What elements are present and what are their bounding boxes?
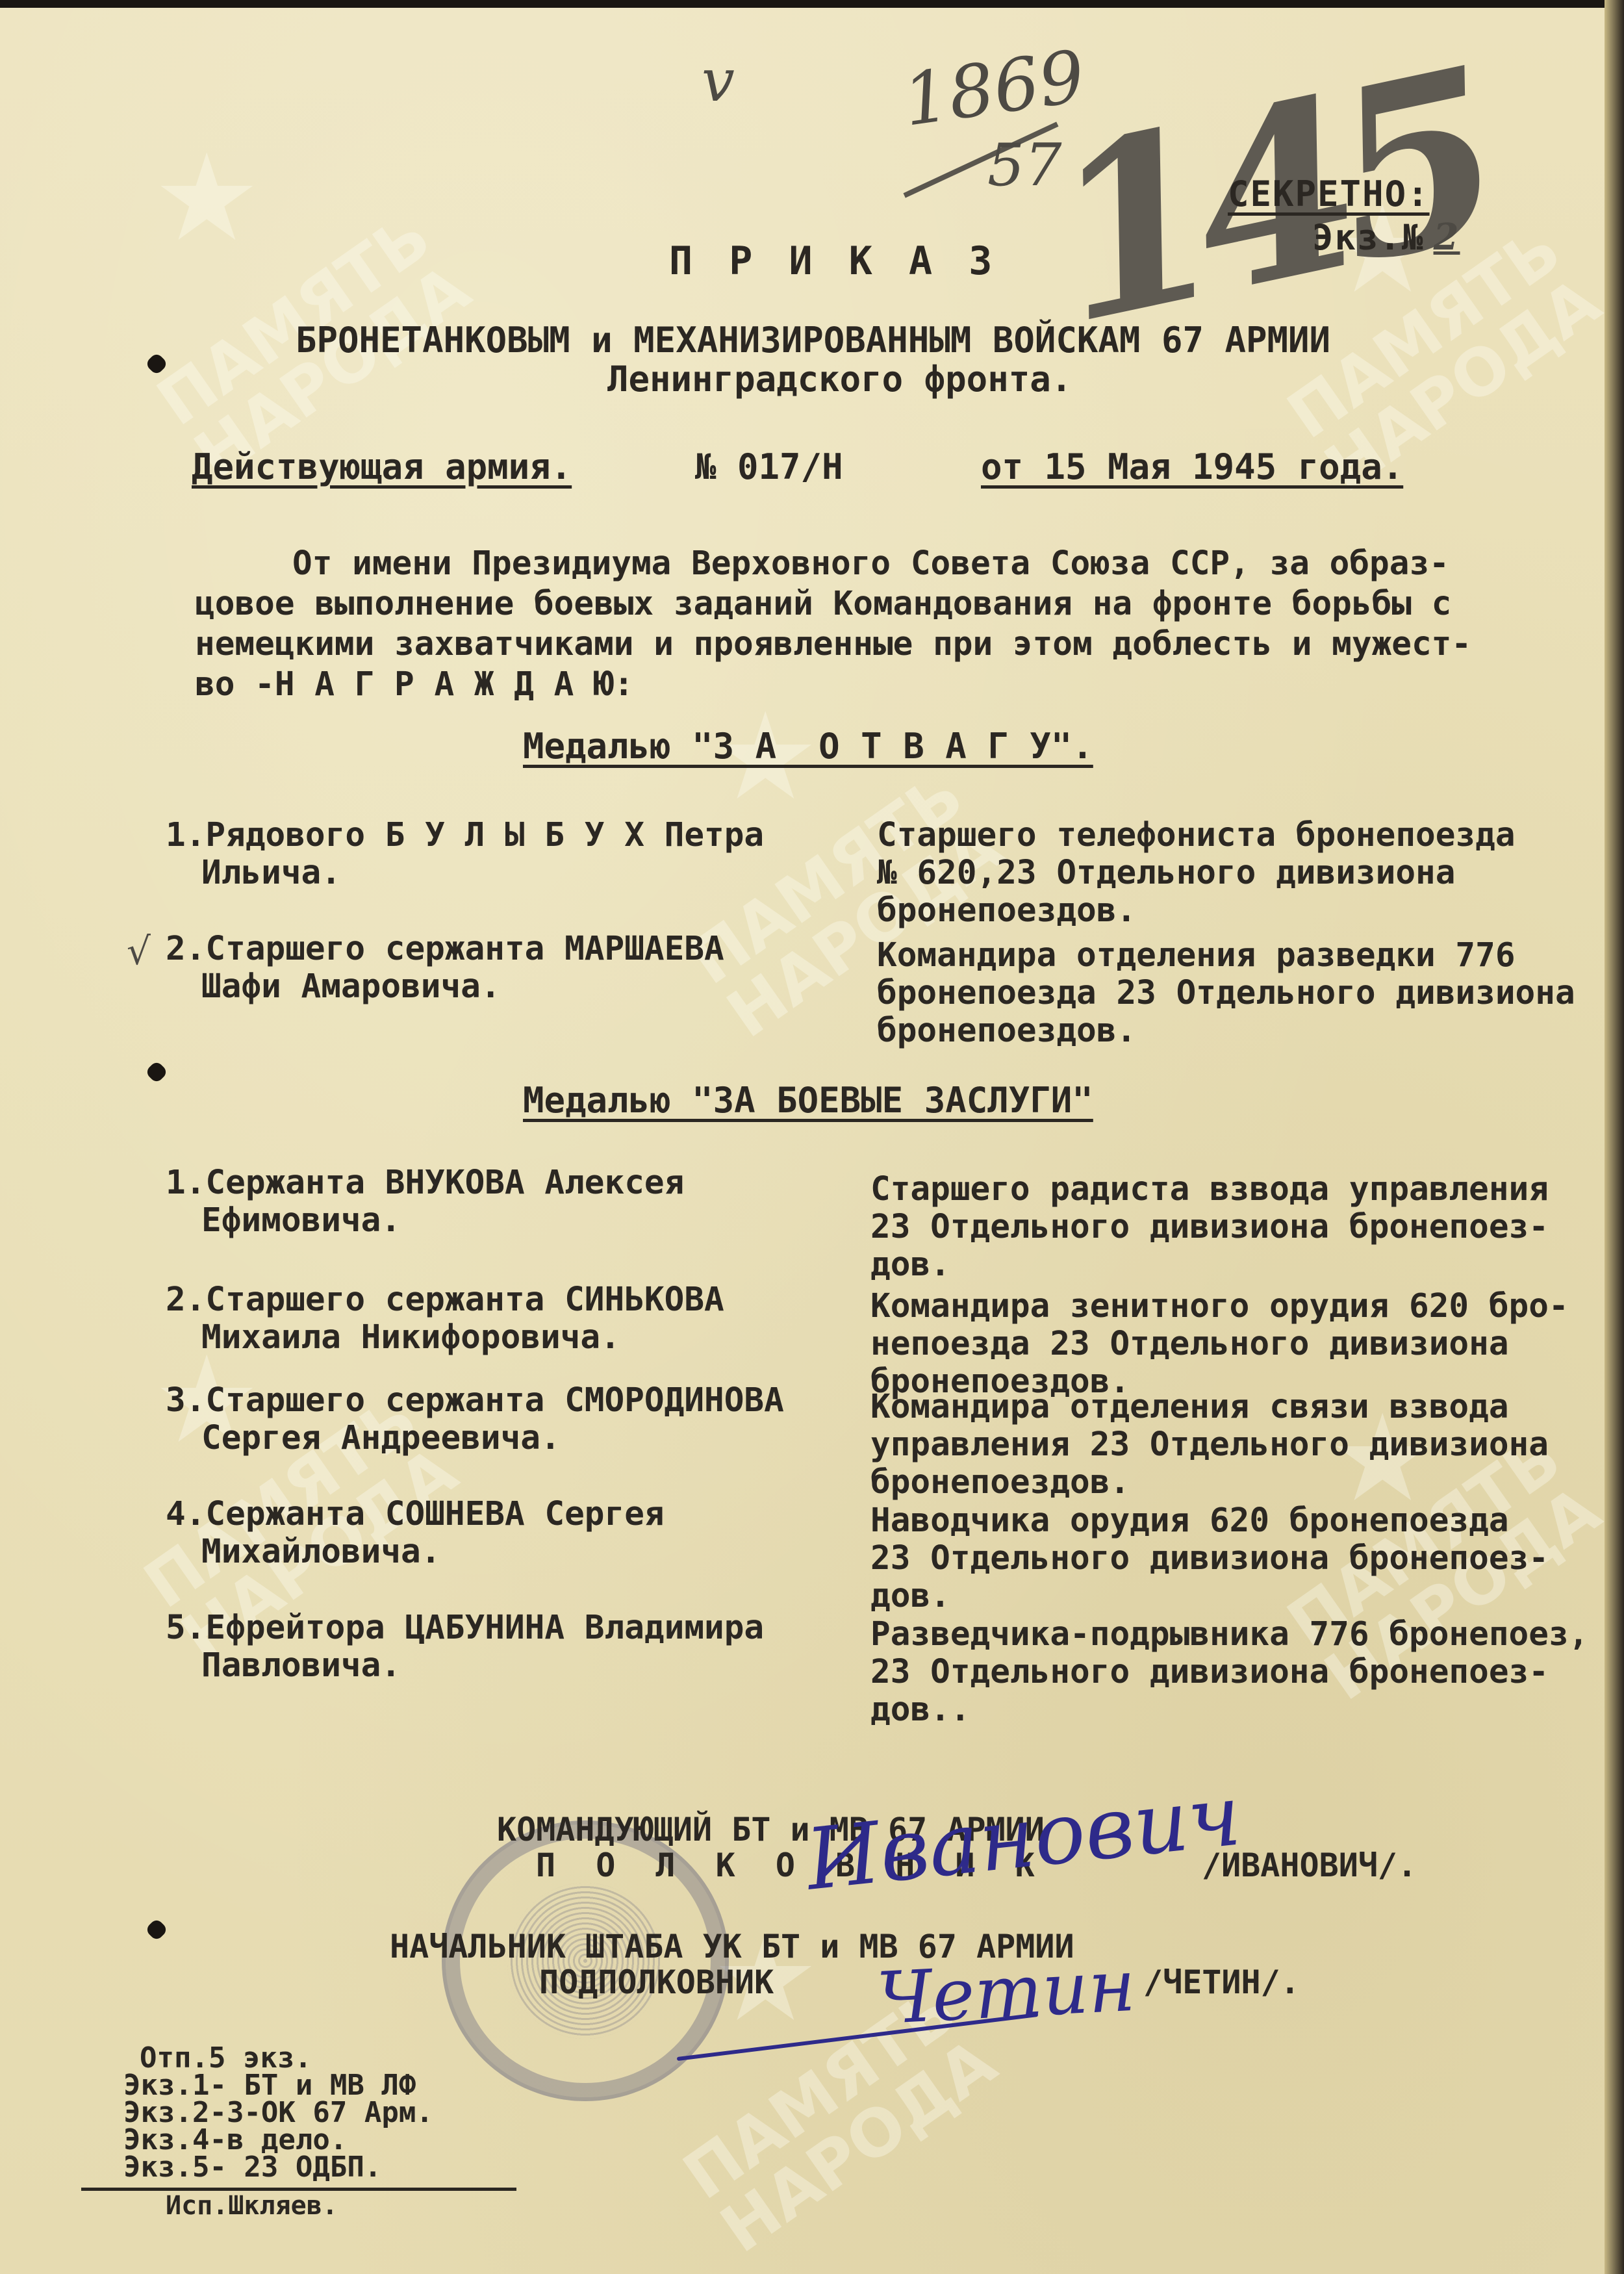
document-page: ★ ПАМЯТЬНАРОДА ★ ПАМЯТЬНАРОДА ★ ПАМЯТЬНА… (0, 8, 1608, 2274)
signature-2-rank: ПОДПОЛКОВНИК (539, 1963, 774, 2001)
handwritten-check-mark: √ (127, 929, 151, 973)
signature-2-name: /ЧЕТИН/. (1143, 1963, 1300, 2001)
section-heading-za-otvagu: Медалью "З А О Т В А Г У". (523, 726, 1093, 767)
copy-label: Экз.№2 (1312, 216, 1460, 259)
award-position: Разведчика-подрывника 776 бронепоез, 23 … (870, 1616, 1588, 1729)
award-position: Командира зенитного орудия 620 бро- непо… (870, 1288, 1569, 1401)
classification-label: СЕКРЕТНО: (1228, 173, 1430, 214)
award-position: Наводчика орудия 620 бронепоезда 23 Отде… (870, 1502, 1549, 1615)
executor-name: Исп.Шкляев. (166, 2191, 338, 2221)
handwritten-check: v (702, 47, 735, 115)
section-heading-za-boevye-zaslugi: Медалью "ЗА БОЕВЫЕ ЗАСЛУГИ" (523, 1080, 1093, 1121)
award-position: Командира отделения разведки 776 бронепо… (877, 937, 1575, 1050)
award-entry: 4.Сержанта СОШНЕВА Сергея Михайловича. (166, 1496, 665, 1571)
handwritten-signature-1: Иванович (802, 1765, 1245, 1909)
award-entry: 3.Старшего сержанта СМОРОДИНОВА Сергея А… (166, 1382, 784, 1457)
award-entry: 2.Старшего сержанта МАРШАЕВА Шафи Амаров… (166, 930, 724, 1006)
location-label: Действующая армия. (192, 446, 572, 487)
unit-title: БРОНЕТАНКОВЫМ и МЕХАНИЗИРОВАННЫМ ВОЙСКАМ… (296, 320, 1330, 361)
order-number: № 017/Н (695, 446, 843, 487)
punch-hole (145, 1918, 169, 1942)
award-entry: 5.Ефрейтора ЦАБУНИНА Владимира Павловича… (166, 1609, 764, 1685)
order-date: от 15 Мая 1945 года. (981, 446, 1403, 487)
award-entry: 2.Старшего сержанта СИНЬКОВА Михаила Ник… (166, 1281, 724, 1357)
scan-right-edge (1605, 0, 1624, 2274)
award-position: Старшего телефониста бронепоезда № 620,2… (877, 817, 1516, 930)
award-entry: 1.Сержанта ВНУКОВА Алексея Ефимовича. (166, 1164, 684, 1240)
handwritten-signature-2: Четин (875, 1944, 1137, 2041)
award-position: Старшего радиста взвода управления 23 От… (870, 1171, 1549, 1284)
award-entry: 1.Рядового Б У Л Ы Б У Х Петра Ильича. (166, 817, 764, 892)
award-position: Командира отделения связи взвода управле… (870, 1388, 1549, 1501)
page-title: П Р И К А З (669, 238, 998, 284)
front-title: Ленинградского фронта. (607, 359, 1072, 400)
punch-hole (145, 1060, 169, 1084)
preamble: От имени Президиума Верховного Совета Со… (195, 544, 1471, 705)
distribution-list: Отп.5 экз. Экз.1- БТ и МВ ЛФ Экз.2-3-ОК … (123, 2045, 433, 2181)
